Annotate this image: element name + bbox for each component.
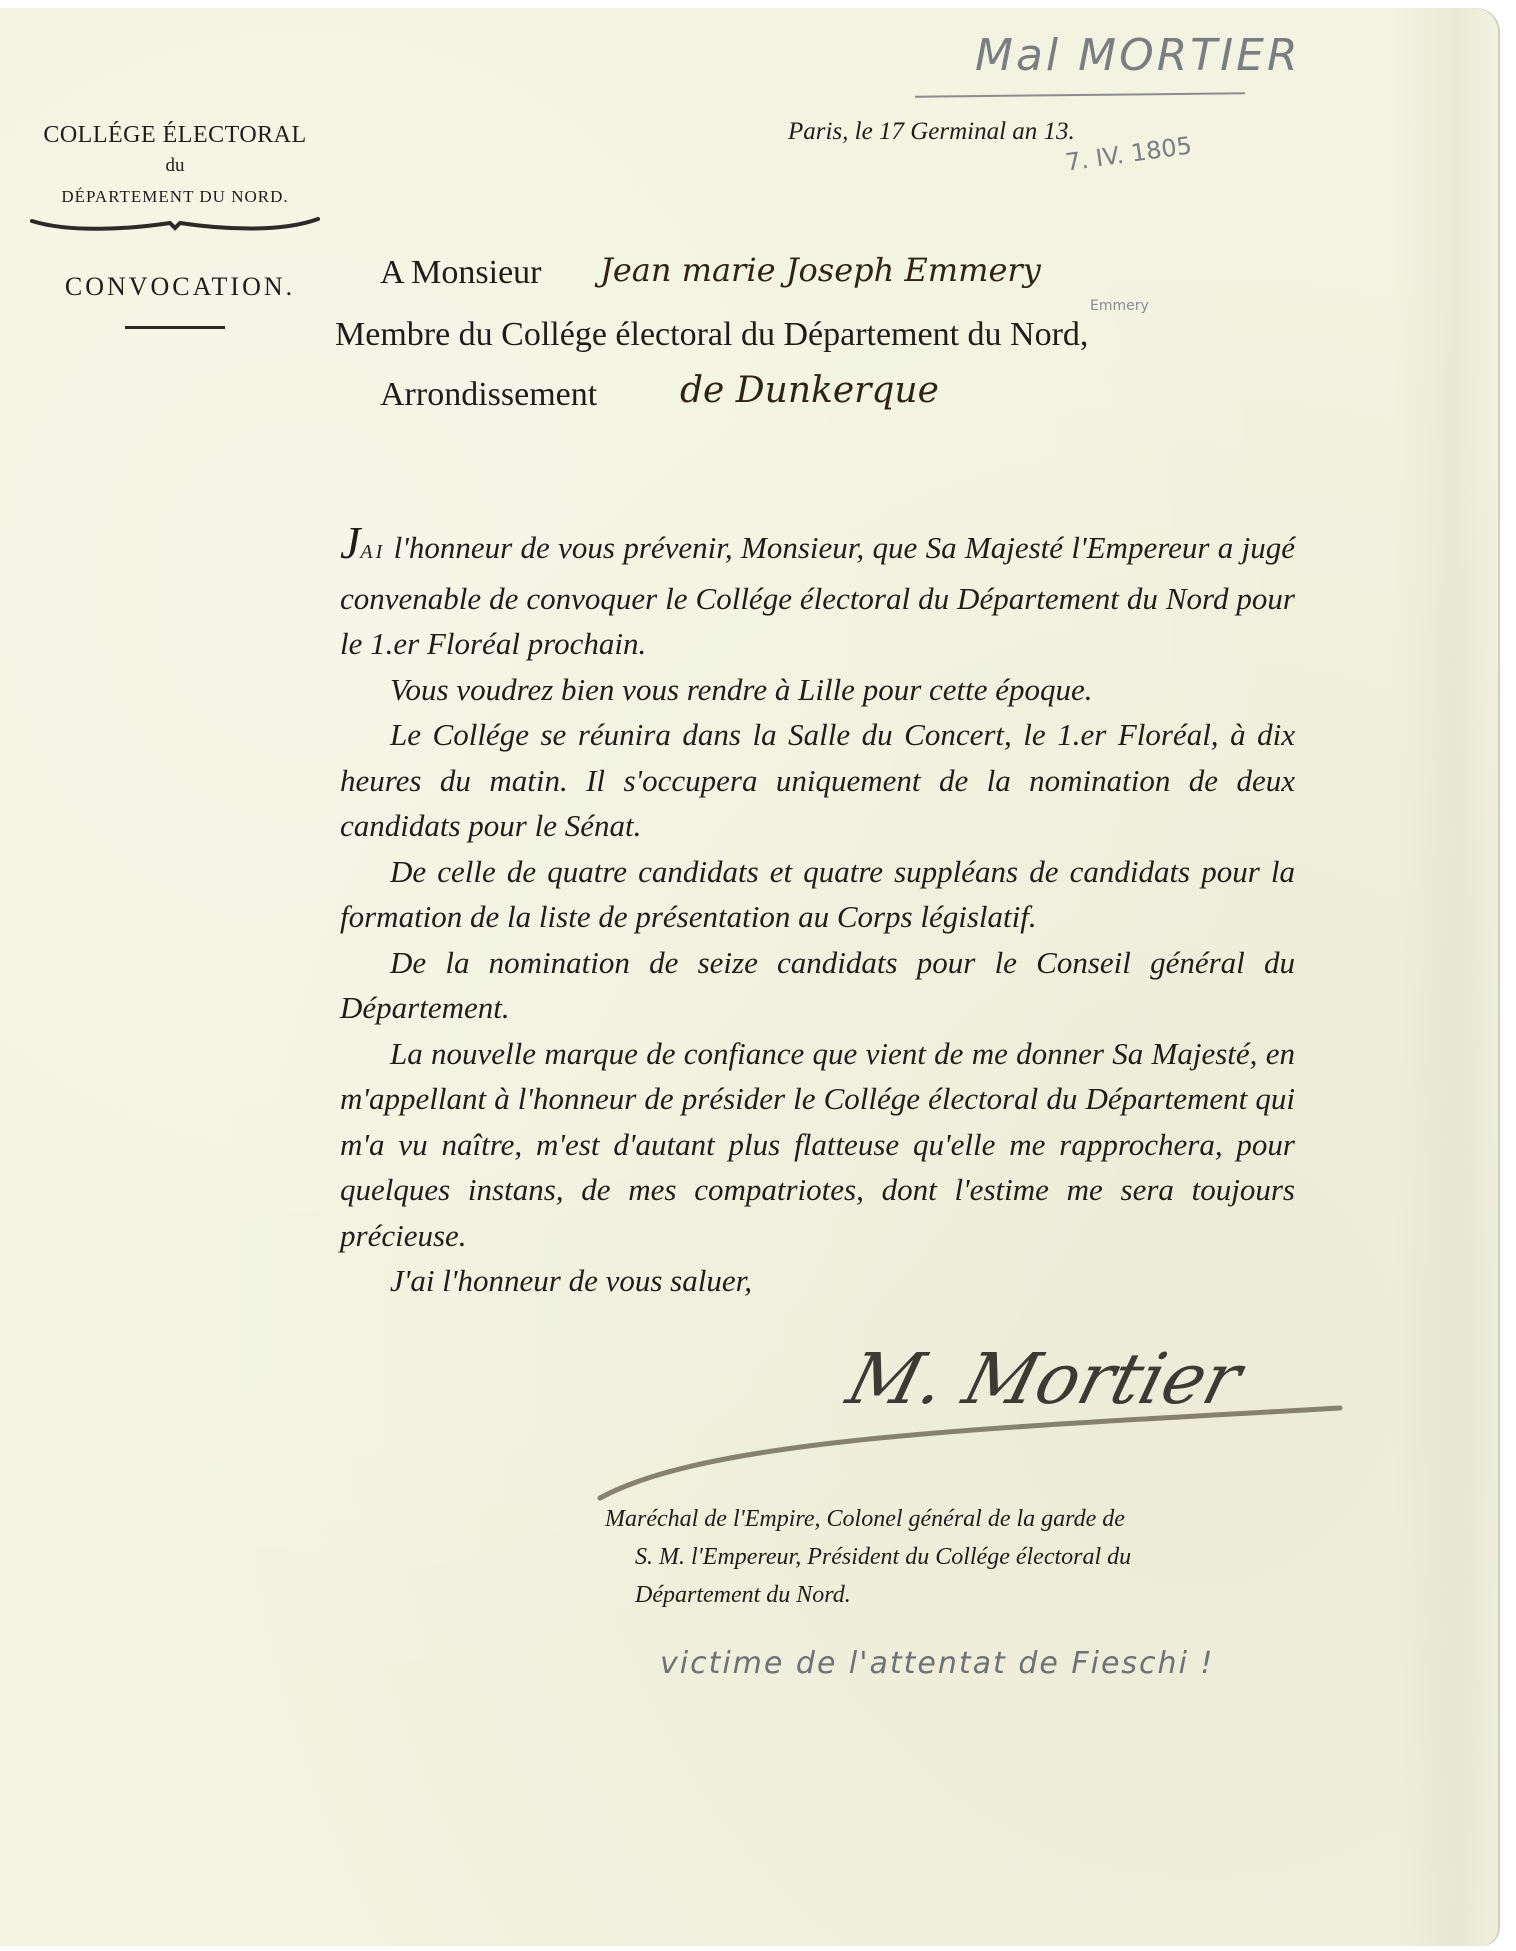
signatory-title-line3: Département du Nord. <box>605 1576 1295 1614</box>
paragraph-2: Vous voudrez bien vous rendre à Lille po… <box>340 667 1295 713</box>
signatory-title-line1: Maréchal de l'Empire, Colonel général de… <box>605 1500 1295 1538</box>
paragraph-5: De la nomination de seize candidats pour… <box>340 940 1295 1031</box>
smallcaps: AI <box>360 541 385 563</box>
signatory-title-line2: S. M. l'Empereur, Président du Collége é… <box>605 1538 1295 1576</box>
letterhead: COLLÉGE ÉLECTORAL du DÉPARTEMENT DU NORD… <box>30 122 320 238</box>
signature-flourish-icon <box>590 1388 1350 1508</box>
pencil-underline <box>915 92 1245 97</box>
brace-ornament-icon <box>30 215 320 233</box>
recipient-role: Membre du Collége électoral du Départeme… <box>335 316 1088 354</box>
letterhead-du: du <box>30 155 320 177</box>
letter-body: JAI l'honneur de vous prévenir, Monsieur… <box>340 520 1295 1304</box>
letterhead-department: DÉPARTEMENT DU NORD. <box>30 187 320 207</box>
letterhead-institution: COLLÉGE ÉLECTORAL <box>30 122 320 149</box>
date-line: Paris, le 17 Germinal an 13. <box>788 118 1075 146</box>
document-type: CONVOCATION. <box>30 272 330 302</box>
arrondissement-label: Arrondissement <box>380 376 597 414</box>
arrondissement-handwritten: de Dunkerque <box>680 370 939 411</box>
handwritten-note-bottom: victime de l'attentat de Fieschi ! <box>660 1646 1214 1681</box>
salutation: A Monsieur <box>380 254 542 292</box>
pencil-name-note: Emmery <box>1090 298 1149 314</box>
paragraph-6: La nouvelle marque de confiance que vien… <box>340 1031 1295 1259</box>
paragraph-1: JAI l'honneur de vous prévenir, Monsieur… <box>340 520 1295 667</box>
recipient-name-handwritten: Jean marie Joseph Emmery <box>600 251 1041 289</box>
paragraph-3: Le Collége se réunira dans la Salle du C… <box>340 712 1295 849</box>
divider-rule <box>125 326 225 329</box>
pencil-annotation-date: 7. IV. 1805 <box>1064 131 1194 176</box>
dropcap: J <box>340 517 360 568</box>
letter-page: COLLÉGE ÉLECTORAL du DÉPARTEMENT DU NORD… <box>0 8 1500 1946</box>
closing: J'ai l'honneur de vous saluer, <box>340 1258 1295 1304</box>
paragraph-4: De celle de quatre candidats et quatre s… <box>340 849 1295 940</box>
signatory-title: Maréchal de l'Empire, Colonel général de… <box>605 1500 1295 1614</box>
pencil-annotation-top: Mal MORTIER <box>975 30 1301 81</box>
